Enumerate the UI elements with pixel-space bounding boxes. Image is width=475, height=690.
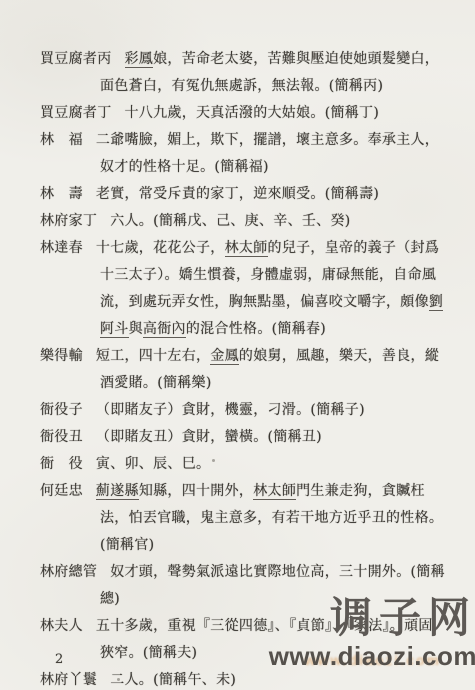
character-description: 寅、卯、辰、巳。 xyxy=(96,456,210,472)
cast-entry: 衙役丑（即賭友丑）貪財，蠻橫。(簡稱丑) xyxy=(40,424,452,451)
proper-name-underline: 林太師 xyxy=(225,240,268,257)
character-description: 薊遂縣知縣，四十開外，林太師門生兼走狗，貪贓枉法，怕丟官職，鬼主意多，有若干地方… xyxy=(96,483,443,553)
cast-entry: 林 壽老實，常受斥責的家丁，逆來順受。(簡稱壽) xyxy=(40,181,452,208)
character-description: 六人。(簡稱戊、己、庚、辛、壬、癸) xyxy=(110,213,350,229)
character-name: 衙 役 xyxy=(40,456,83,472)
character-name: 林府家丁 xyxy=(40,213,97,229)
character-name: 何廷忠 xyxy=(40,483,83,499)
proper-name-underline: 薊遂縣 xyxy=(96,483,139,500)
cast-entry: 林府總管奴才頭，聲勢氣派遠比實際地位高，三十開外。(簡稱總) xyxy=(40,559,452,613)
character-description: （即賭友子）貪財，機靈，刁滑。(簡稱子) xyxy=(96,402,365,418)
character-description: 十七歲，花花公子，林太師的兒子，皇帝的義子（封爲十三太子）。嬌生慣養，身體虛弱，… xyxy=(96,240,443,338)
cast-entry: 林府丫鬟二人。(簡稱午、未) xyxy=(40,667,452,690)
character-description: 奴才頭，聲勢氣派遠比實際地位高，三十開外。(簡稱總) xyxy=(100,564,445,607)
character-name: 衙役丑 xyxy=(40,429,83,445)
character-name: 林達春 xyxy=(40,240,83,256)
proper-name-underline: 高衙內 xyxy=(143,321,186,338)
character-description: 五十多歲，重視『三從四德』、『貞節』、『家法』。頑固，狹窄。(簡稱夫) xyxy=(96,618,447,661)
page-number: 2 xyxy=(55,652,63,667)
character-name: 樂得輸 xyxy=(40,348,83,364)
character-name: 買豆腐者丁 xyxy=(40,105,112,121)
character-name: 買豆腐者丙 xyxy=(40,51,112,67)
character-description: 彩鳳娘，苦命老太婆，苦難與壓迫使她頭髮變白，面色蒼白，有冤仇無處訴，無法報。(簡… xyxy=(100,51,439,94)
cast-entry: 衙役子（即賭友子）貪財，機靈，刁滑。(簡稱子) xyxy=(40,397,452,424)
character-description: 二爺嘴臉，媚上，欺下，擺譜，壞主意多。奉承主人，奴才的性格十足。(簡稱福) xyxy=(96,132,439,175)
character-name: 林 壽 xyxy=(40,186,83,202)
character-description: （即賭友丑）貪財，蠻橫。(簡稱丑) xyxy=(96,429,322,445)
scan-speck xyxy=(117,678,120,681)
proper-name-underline: 金鳳 xyxy=(210,348,239,365)
cast-entry: 林夫人五十多歲，重視『三從四德』、『貞節』、『家法』。頑固，狹窄。(簡稱夫) xyxy=(40,613,452,667)
proper-name-underline: 林太師 xyxy=(253,483,296,500)
cast-entry: 林達春十七歲，花花公子，林太師的兒子，皇帝的義子（封爲十三太子）。嬌生慣養，身體… xyxy=(40,235,452,343)
cast-entry: 買豆腐者丁十八九歲，天真活潑的大姑娘。(簡稱丁) xyxy=(40,100,452,127)
character-name: 林府總管 xyxy=(40,564,97,580)
character-name: 林夫人 xyxy=(40,618,83,634)
character-description: 老實，常受斥責的家丁，逆來順受。(簡稱壽) xyxy=(96,186,379,202)
character-name: 林 福 xyxy=(40,132,83,148)
cast-entry: 林府家丁六人。(簡稱戊、己、庚、辛、壬、癸) xyxy=(40,208,452,235)
cast-entry: 衙 役寅、卯、辰、巳。 xyxy=(40,451,452,478)
scan-speck xyxy=(313,52,315,58)
cast-entry: 林 福二爺嘴臉，媚上，欺下，擺譜，壞主意多。奉承主人，奴才的性格十足。(簡稱福) xyxy=(40,127,452,181)
book-page: 買豆腐者丙彩鳳娘，苦命老太婆，苦難與壓迫使她頭髮變白，面色蒼白，有冤仇無處訴，無… xyxy=(0,0,475,690)
proper-name-underline: 彩鳳 xyxy=(125,51,154,68)
character-name: 林府丫鬟 xyxy=(40,672,97,688)
character-description: 二人。(簡稱午、未) xyxy=(110,672,236,688)
cast-entry: 買豆腐者丙彩鳳娘，苦命老太婆，苦難與壓迫使她頭髮變白，面色蒼白，有冤仇無處訴，無… xyxy=(40,46,452,100)
character-name: 衙役子 xyxy=(40,402,83,418)
cast-entry: 樂得輸短工，四十左右，金鳳的娘舅，風趣，樂天，善良，縱酒愛賭。(簡稱樂) xyxy=(40,343,452,397)
character-description: 短工，四十左右，金鳳的娘舅，風趣，樂天，善良，縱酒愛賭。(簡稱樂) xyxy=(96,348,439,391)
character-description: 十八九歲，天真活潑的大姑娘。(簡稱丁) xyxy=(125,105,380,121)
cast-list: 買豆腐者丙彩鳳娘，苦命老太婆，苦難與壓迫使她頭髮變白，面色蒼白，有冤仇無處訴，無… xyxy=(40,46,452,690)
cast-entry: 何廷忠薊遂縣知縣，四十開外，林太師門生兼走狗，貪贓枉法，怕丟官職，鬼主意多，有若… xyxy=(40,478,452,559)
scan-speck xyxy=(212,459,215,462)
